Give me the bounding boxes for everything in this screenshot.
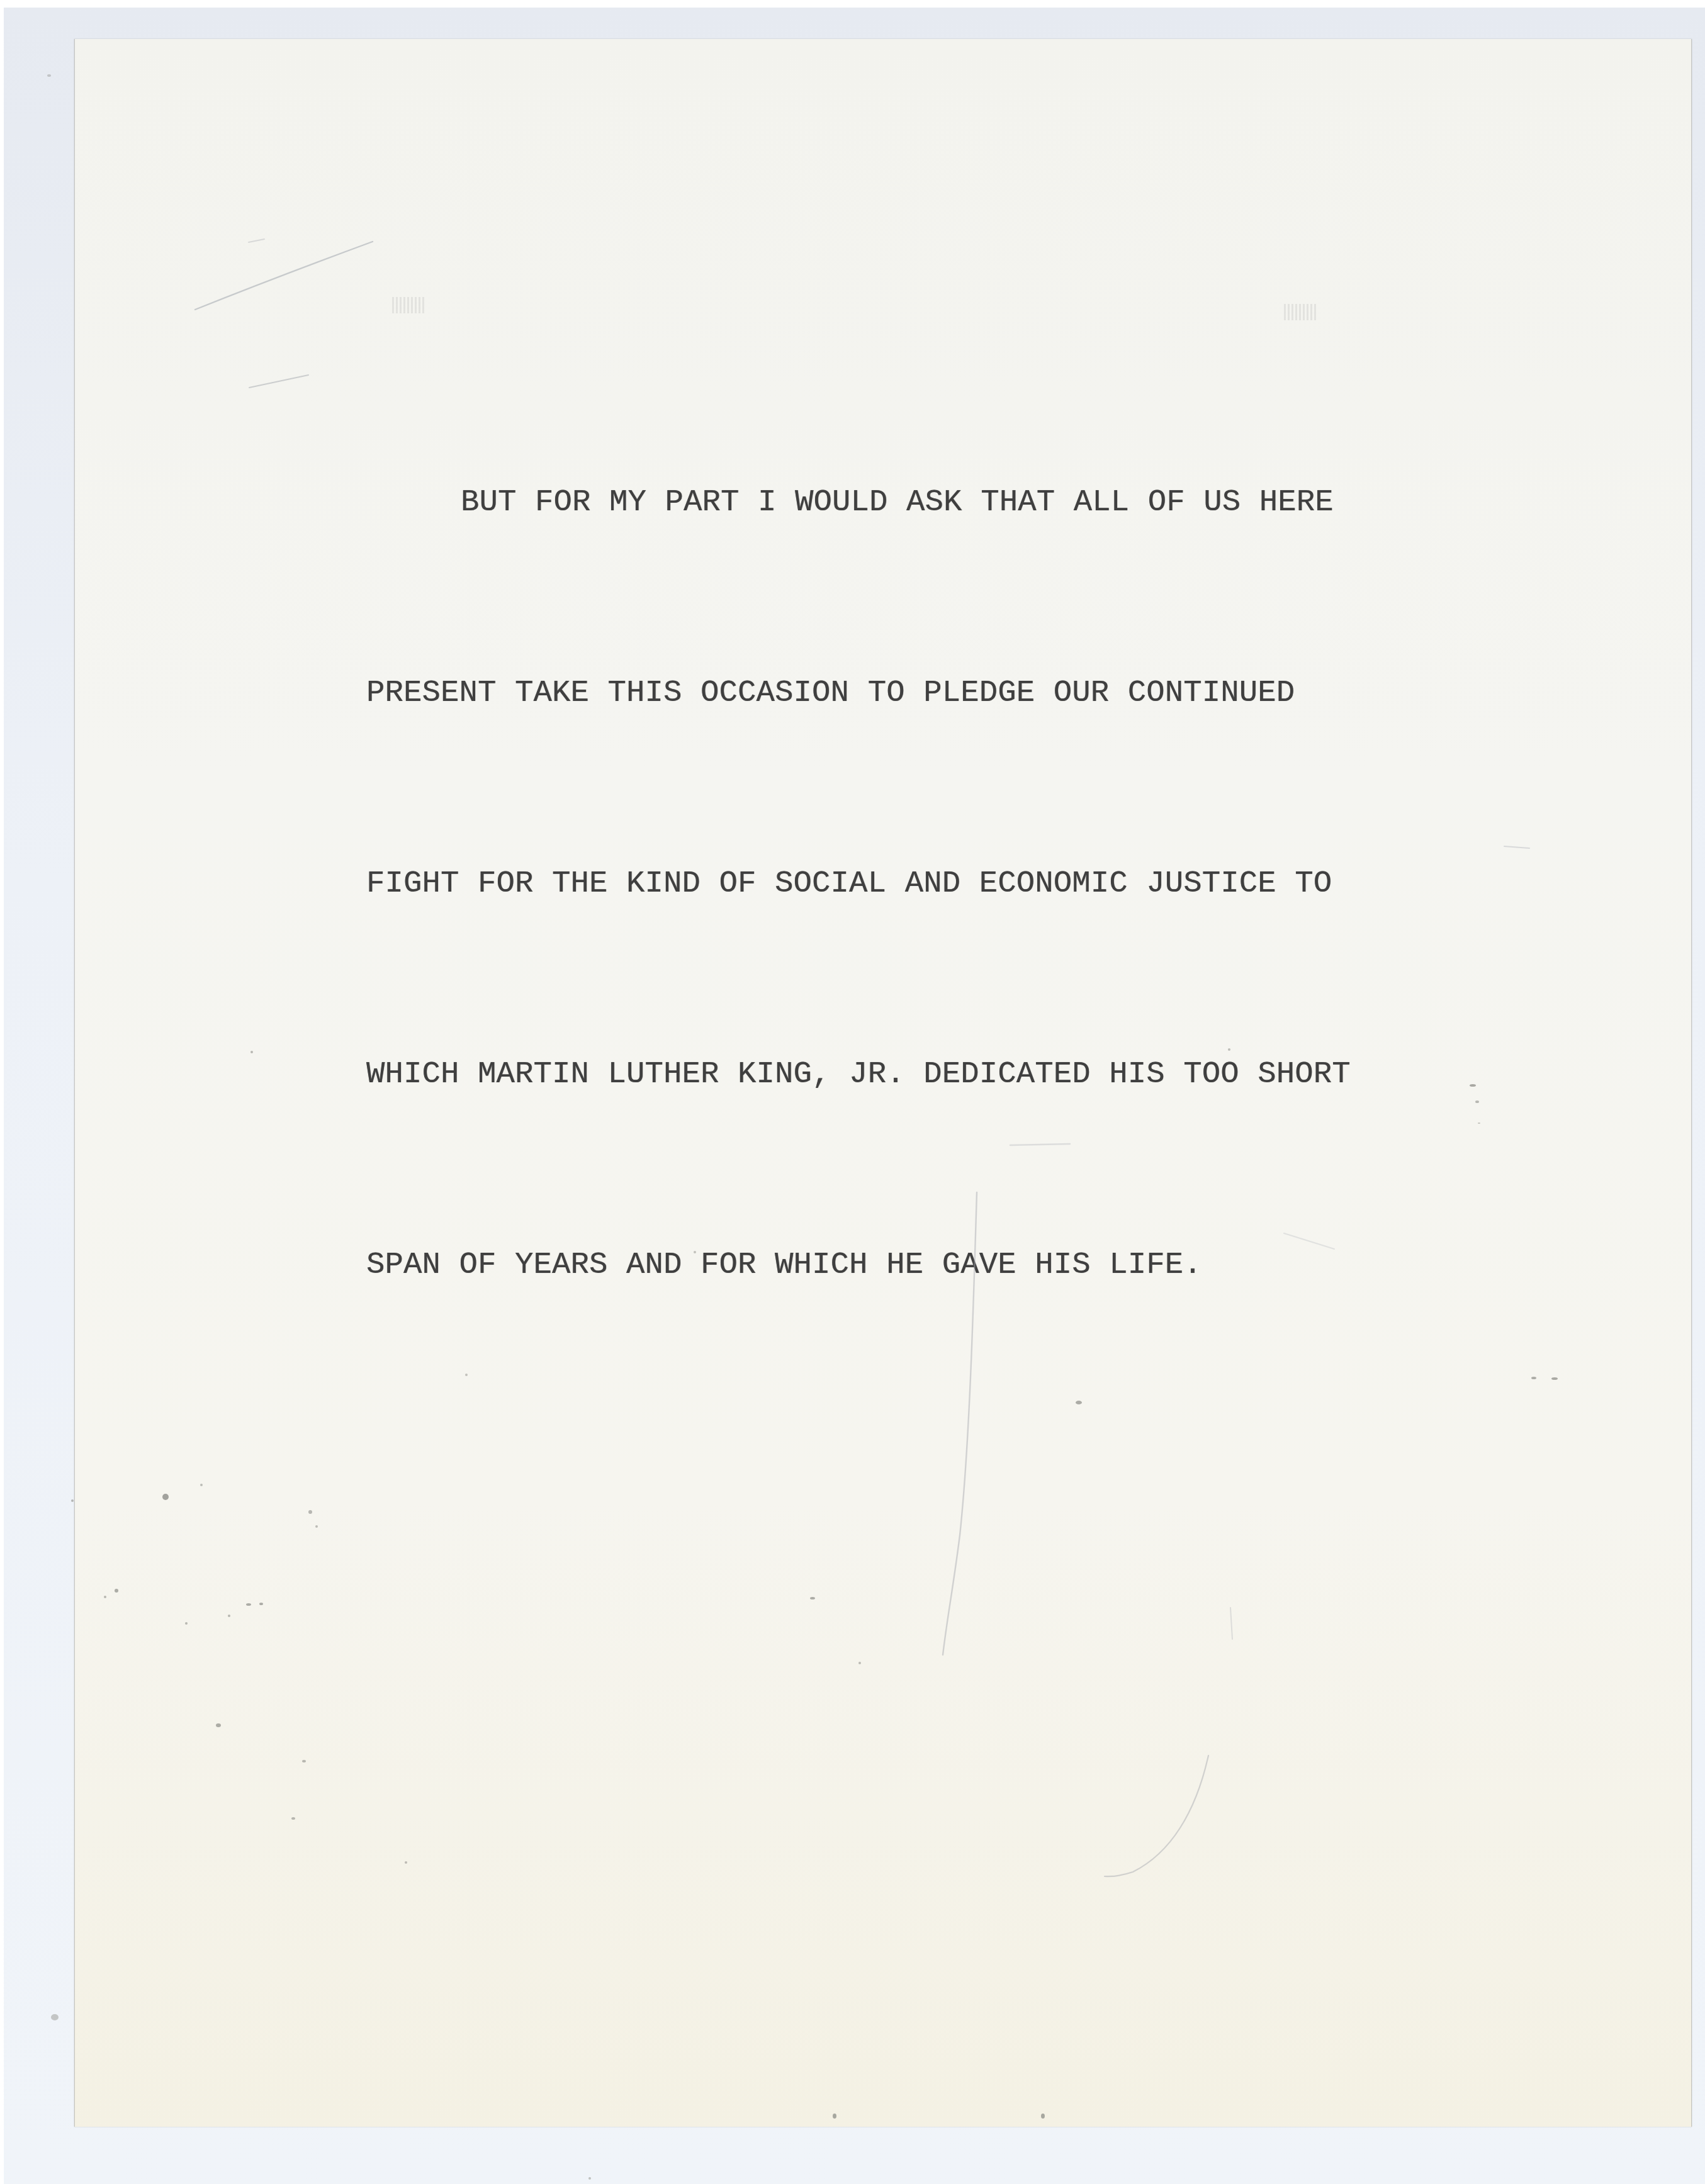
typed-line-text: PRESENT TAKE THIS OCCASION TO PLEDGE OUR… bbox=[366, 675, 1295, 710]
typed-line: BUT FOR MY PART I WOULD ASK THAT ALL OF … bbox=[366, 471, 1351, 534]
typed-line: WHICH MARTIN LUTHER KING, JR. DEDICATED … bbox=[366, 1043, 1351, 1106]
typed-line-text: SPAN OF YEARS AND FOR WHICH HE GAVE HIS … bbox=[366, 1247, 1202, 1282]
typed-line-text: FIGHT FOR THE KIND OF SOCIAL AND ECONOMI… bbox=[366, 866, 1332, 901]
page-edge-right bbox=[1691, 39, 1692, 2127]
show-through-mark bbox=[392, 297, 425, 313]
show-through-mark bbox=[1284, 304, 1317, 320]
typed-line: SPAN OF YEARS AND FOR WHICH HE GAVE HIS … bbox=[366, 1233, 1351, 1297]
page-edge-left bbox=[74, 39, 75, 2127]
typed-line-text: BUT FOR MY PART I WOULD ASK THAT ALL OF … bbox=[461, 484, 1334, 520]
document-page: BUT FOR MY PART I WOULD ASK THAT ALL OF … bbox=[74, 39, 1692, 2127]
typed-line: PRESENT TAKE THIS OCCASION TO PLEDGE OUR… bbox=[366, 661, 1351, 725]
typed-line-text: WHICH MARTIN LUTHER KING, JR. DEDICATED … bbox=[366, 1056, 1351, 1092]
typed-line: FIGHT FOR THE KIND OF SOCIAL AND ECONOMI… bbox=[366, 852, 1351, 916]
typed-paragraph: BUT FOR MY PART I WOULD ASK THAT ALL OF … bbox=[366, 344, 1351, 1424]
